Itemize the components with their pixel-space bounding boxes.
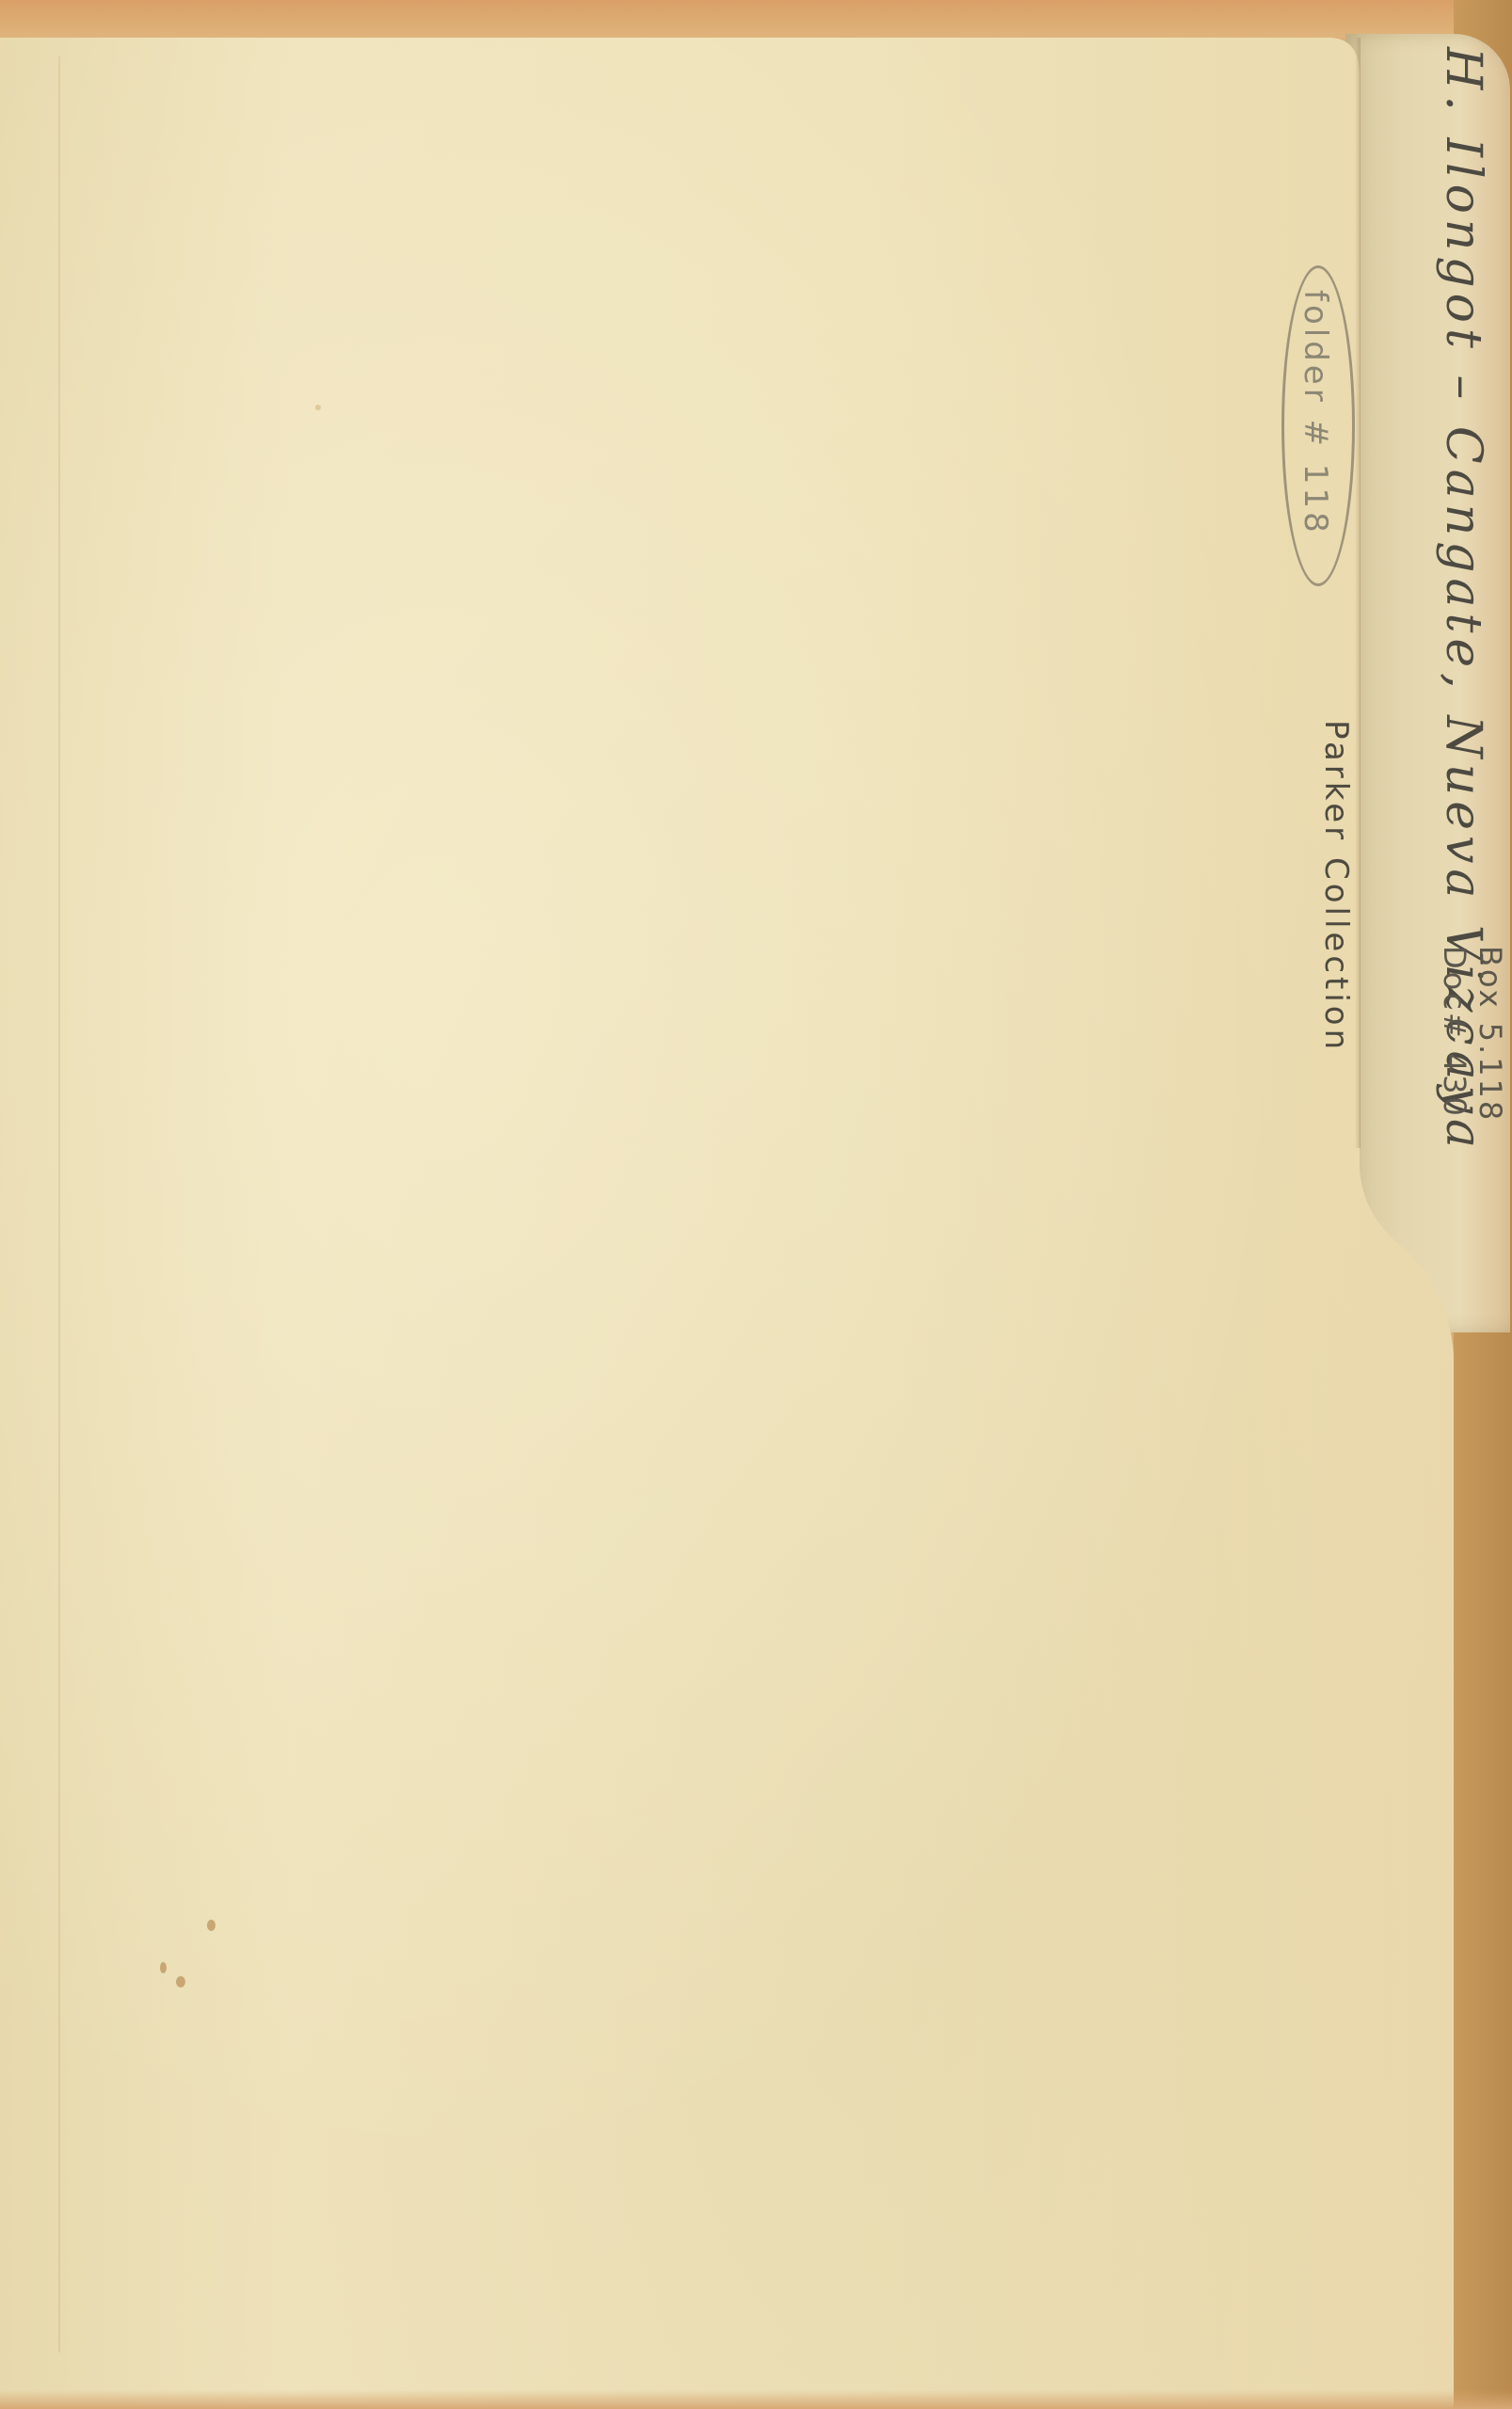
doc-number-text: Doc# 430 [1437, 946, 1472, 1119]
stain-mark [207, 1920, 215, 1931]
folder-top-edge [0, 0, 1512, 38]
box-number-text: Box 5.118 [1472, 946, 1508, 1123]
stain-mark [160, 1962, 167, 1973]
fold-line [58, 56, 60, 2353]
stain-mark [176, 1976, 185, 1987]
folder-bottom-edge [0, 2390, 1512, 2409]
folder-front-cover [0, 38, 1454, 2409]
stain-mark [315, 405, 321, 410]
cover-edge-shadow [1355, 38, 1361, 1148]
collection-label: Parker Collection [1317, 720, 1355, 1053]
folder-number-text: folder # 118 [1297, 290, 1334, 536]
